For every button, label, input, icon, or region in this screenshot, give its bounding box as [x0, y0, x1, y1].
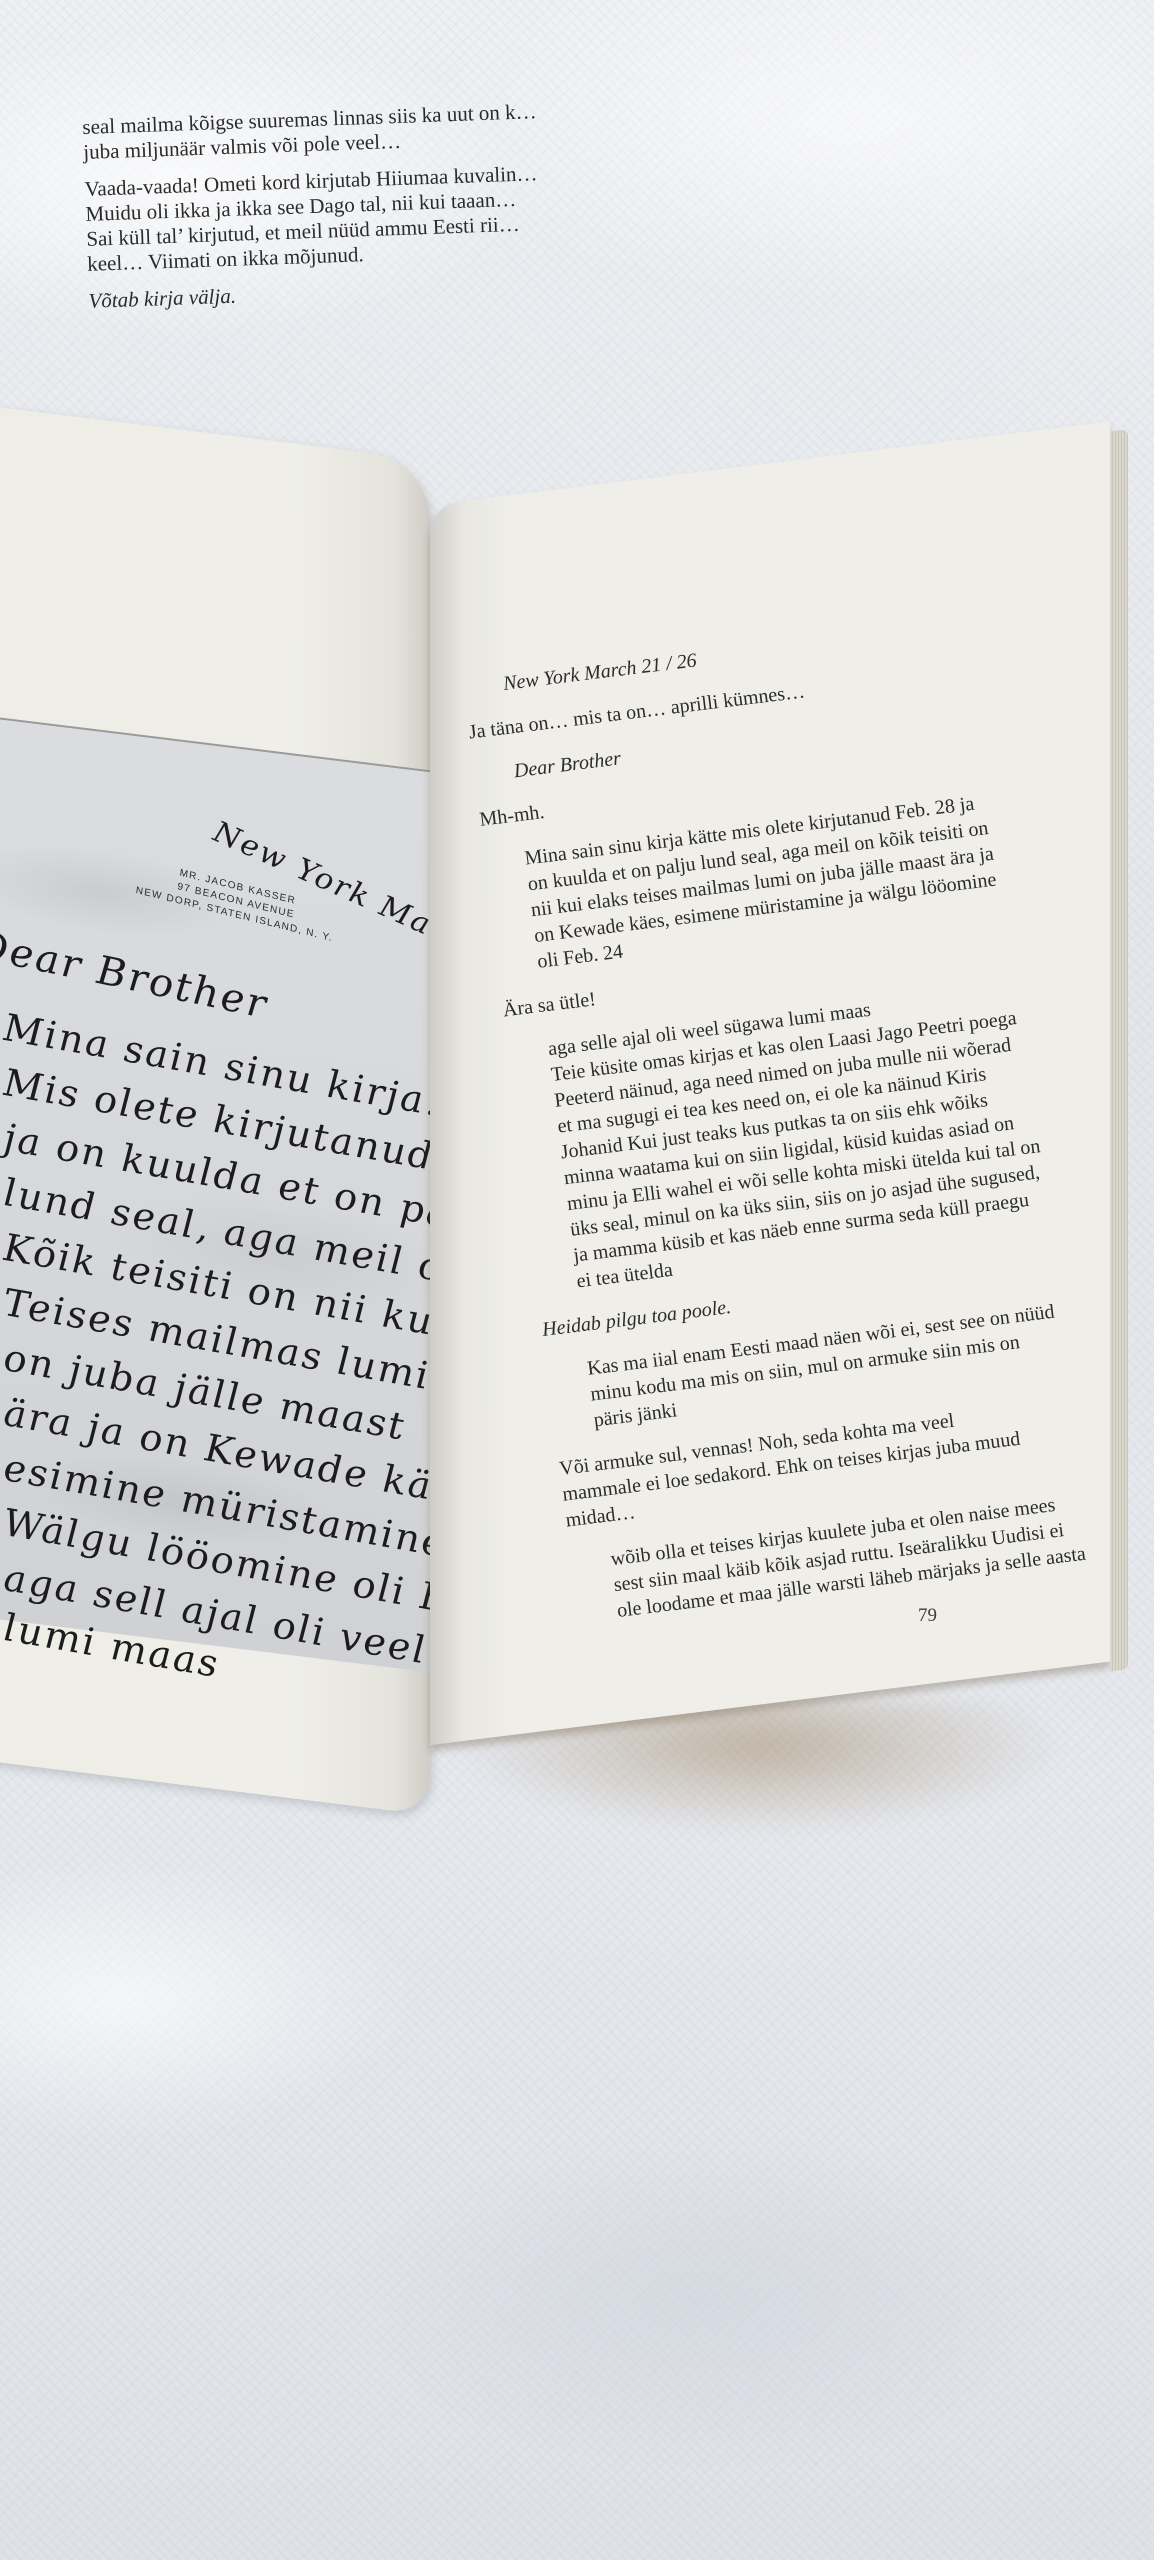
letter-facsimile: New York March… MR. JACOB KASSER 97 BEAC… — [0, 715, 430, 1672]
paragraph: Vaada-vaada! Ometi kord kirjutab Hiiumaa… — [84, 164, 467, 277]
left-page-text: seal mailma kõigse suuremas linnas siis … — [82, 102, 469, 326]
stage-direction: Võtab kirja välja. — [88, 276, 469, 314]
left-page: New York March… MR. JACOB KASSER 97 BEAC… — [0, 405, 430, 1815]
letter-excerpt: aga selle ajal oli weel sügawa lumi maas… — [507, 963, 1154, 1299]
right-page-text: New York March 21 / 26 Ja täna on… mis t… — [462, 598, 1154, 1647]
page-number: 79 — [918, 1605, 937, 1627]
